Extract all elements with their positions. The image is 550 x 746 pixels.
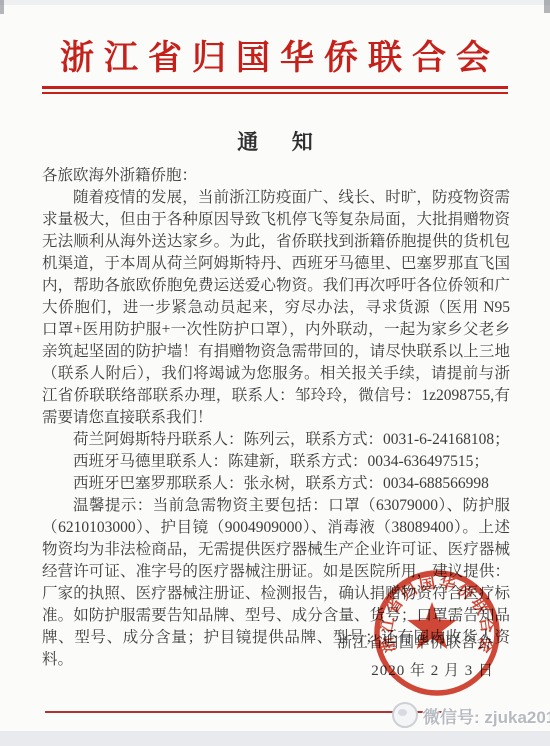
letterhead-double-rule xyxy=(42,86,508,94)
seal-star-icon xyxy=(407,602,456,649)
wechat-logo-icon xyxy=(392,702,418,728)
scanned-notice-document: 浙江省归国华侨联合会 通知 各旅欧海外浙籍侨胞： 随着疫情的发展，当前浙江防疫面… xyxy=(0,0,550,746)
scan-edge-top xyxy=(0,0,550,5)
footer-red-rule xyxy=(45,711,443,713)
salutation-line: 各旅欧海外浙籍侨胞： xyxy=(42,165,510,187)
wechat-watermark: 微信号: zjuka2016 xyxy=(392,700,550,730)
official-seal-stamp: 浙江省归国华侨联合会 xyxy=(370,566,504,700)
contact-line-madrid: 西班牙马德里联系人：陈建新，联系方式：0034-636497515； xyxy=(42,451,510,473)
scan-edge-bottom xyxy=(0,731,550,746)
wechat-id-label: 微信号: zjuka2016 xyxy=(423,703,550,728)
scan-artifact-top-left xyxy=(0,0,4,14)
letterhead-org-name: 浙江省归国华侨联合会 xyxy=(0,30,550,79)
paragraph-main: 随着疫情的发展，当前浙江防疫面广、线长、时旷，防疫物资需求量极大，但由于各种原因… xyxy=(42,187,510,429)
contact-line-barcelona: 西班牙巴塞罗那联系人：张永树，联系方式：0034-688566998 xyxy=(42,473,510,495)
notice-title: 通知 xyxy=(0,126,550,156)
scan-artifact-top-right xyxy=(544,0,550,13)
seal-arc-text: 浙江省归国华侨联合会 xyxy=(377,572,498,657)
svg-text:浙江省归国华侨联合会: 浙江省归国华侨联合会 xyxy=(377,572,498,657)
contact-line-amsterdam: 荷兰阿姆斯特丹联系人：陈列云，联系方式：0031-6-24168108； xyxy=(42,429,510,451)
